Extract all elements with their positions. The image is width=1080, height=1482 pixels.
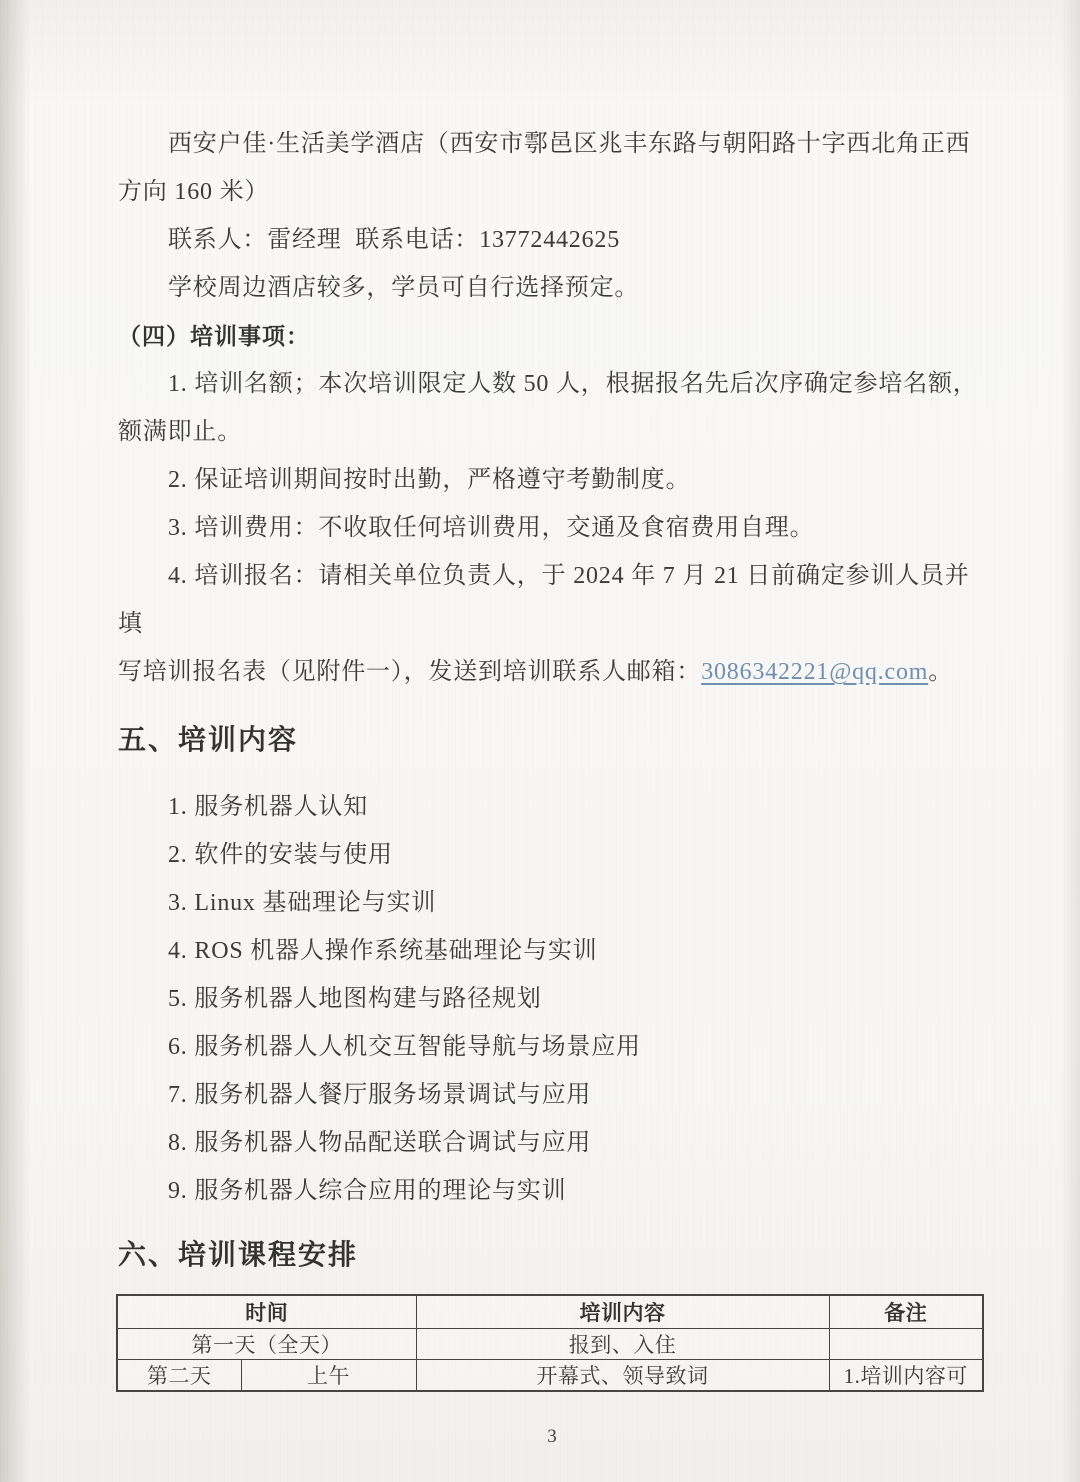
training-item-6: 6. 服务机器人人机交互智能导航与场景应用 [118,1023,986,1071]
contact-line: 联系人：雷经理 联系电话：13772442625 [118,216,986,264]
cell-day2-content: 开幕式、领导致词 [416,1360,829,1392]
section-4-item-3: 3. 培训费用：不收取任何培训费用，交通及食宿费用自理。 [118,504,986,552]
training-item-8: 8. 服务机器人物品配送联合调试与应用 [118,1119,986,1167]
section-4-heading: （四）培训事项： [118,312,986,360]
table-header-content: 培训内容 [416,1295,829,1329]
table-header-note: 备注 [829,1295,983,1329]
table-header-row: 时间 培训内容 备注 [117,1295,983,1329]
page-number: 3 [118,1426,986,1448]
email-line-suffix: 。 [928,659,953,685]
training-item-3: 3. Linux 基础理论与实训 [118,879,986,927]
hotel-note-line: 学校周边酒店较多，学员可自行选择预定。 [118,264,986,312]
course-schedule-table: 时间 培训内容 备注 第一天（全天） 报到、入住 第二天 上午 开幕式、领导致词… [116,1294,984,1392]
training-item-5: 5. 服务机器人地图构建与路径规划 [118,975,986,1023]
section-4-item-4-line-1: 4. 培训报名：请相关单位负责人，于 2024 年 7 月 21 日前确定参训人… [118,552,986,648]
hotel-address-line-2: 方向 160 米） [118,168,986,216]
cell-day2-note: 1.培训内容可 [829,1360,983,1392]
cell-day2-period: 上午 [241,1360,416,1392]
training-item-1: 1. 服务机器人认知 [118,783,986,831]
email-link[interactable]: 3086342221@qq.com [701,659,928,685]
training-item-2: 2. 软件的安装与使用 [118,831,986,879]
section-6-heading: 六、培训课程安排 [118,1225,986,1285]
training-item-9: 9. 服务机器人综合应用的理论与实训 [118,1167,986,1215]
training-item-7: 7. 服务机器人餐厅服务场景调试与应用 [118,1071,986,1119]
table-row-day1: 第一天（全天） 报到、入住 [117,1329,983,1360]
section-4-item-2: 2. 保证培训期间按时出勤，严格遵守考勤制度。 [118,456,986,504]
cell-day1-content: 报到、入住 [416,1329,829,1360]
cell-day1-note [829,1329,983,1360]
section-4-item-1-line-2: 额满即止。 [118,408,986,456]
training-item-4: 4. ROS 机器人操作系统基础理论与实训 [118,927,986,975]
hotel-address-line-1: 西安户佳·生活美学酒店（西安市鄠邑区兆丰东路与朝阳路十字西北角正西 [118,120,986,168]
section-5-heading: 五、培训内容 [118,710,986,770]
section-4-item-4-line-2: 写培训报名表（见附件一），发送到培训联系人邮箱：3086342221@qq.co… [118,648,986,696]
cell-day1-time: 第一天（全天） [117,1329,416,1360]
table-header-time: 时间 [117,1295,416,1329]
email-line-prefix: 写培训报名表（见附件一），发送到培训联系人邮箱： [118,659,701,685]
table-row-day2-morning: 第二天 上午 开幕式、领导致词 1.培训内容可 [117,1360,983,1392]
training-content-list: 1. 服务机器人认知 2. 软件的安装与使用 3. Linux 基础理论与实训 … [118,783,986,1215]
document-body: 西安户佳·生活美学酒店（西安市鄠邑区兆丰东路与朝阳路十字西北角正西 方向 160… [118,120,986,1448]
section-4-item-1-line-1: 1. 培训名额；本次培训限定人数 50 人，根据报名先后次序确定参培名额， [118,360,986,408]
cell-day2-label: 第二天 [117,1360,241,1392]
